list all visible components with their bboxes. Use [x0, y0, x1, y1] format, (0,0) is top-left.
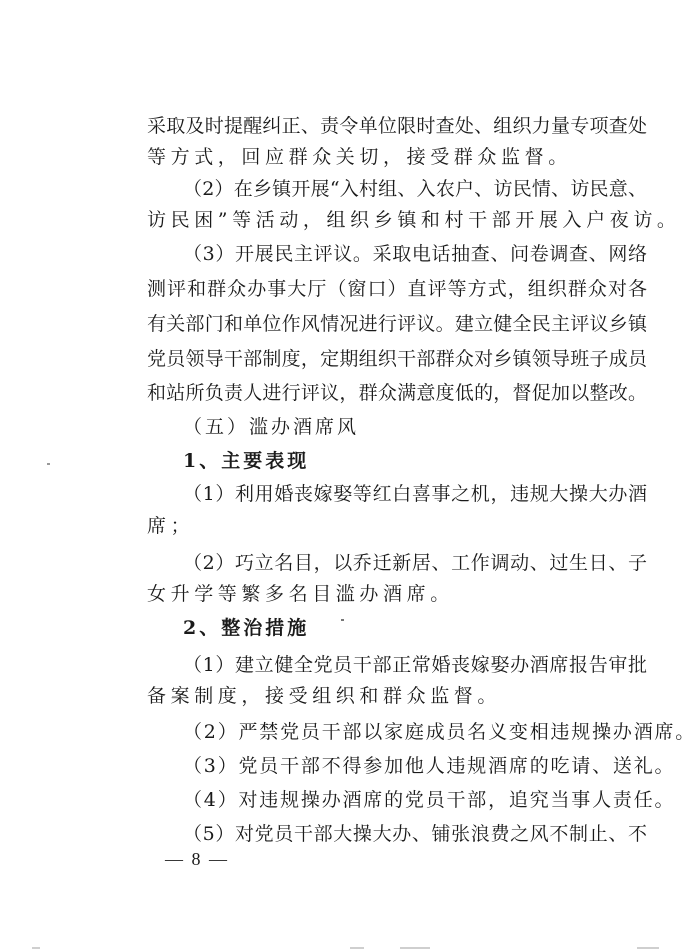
paragraph-line: （4）对违规操办酒席的党员干部，追究当事人责任。: [183, 785, 647, 815]
paragraph-line: 有关部门和单位作风情况进行评议。建立健全民主评议乡镇: [147, 309, 647, 339]
paragraph-line: 党员领导干部制度，定期组织干部群众对乡镇领导班子成员: [147, 344, 647, 374]
scan-artifact: [400, 947, 430, 949]
paragraph-line: （1）利用婚丧嫁娶等红白喜事之机，违规大操大办酒: [183, 479, 647, 509]
scan-speck: [47, 463, 50, 465]
paragraph-line: 测评和群众办事大厅（窗口）直评等方式，组织群众对各: [147, 274, 647, 304]
scan-artifact: [350, 947, 364, 949]
paragraph-line: （1）建立健全党员干部正常婚丧嫁娶办酒席报告审批: [183, 650, 647, 680]
page-number: — 8 —: [165, 846, 229, 872]
subsection-heading: 1、主要表现: [183, 446, 647, 476]
paragraph-line: 访民困”等活动，组织乡镇和村干部开展入户夜访。: [147, 205, 647, 235]
paragraph-line: 备案制度，接受组织和群众监督。: [147, 681, 647, 711]
paragraph-line: 席；: [147, 511, 647, 541]
subsection-heading: 2、整治措施: [183, 613, 647, 643]
scan-speck: [341, 619, 344, 621]
paragraph-line: （2）巧立名目，以乔迁新居、工作调动、过生日、子: [183, 548, 647, 578]
scan-artifact: [32, 947, 40, 949]
scan-artifact: [637, 947, 659, 949]
paragraph-line: （2）严禁党员干部以家庭成员名义变相违规操办酒席。: [183, 717, 647, 747]
paragraph-line: 采取及时提醒纠正、责令单位限时查处、组织力量专项查处: [147, 111, 647, 141]
paragraph-line: （3）党员干部不得参加他人违规酒席的吃请、送礼。: [183, 751, 647, 781]
section-heading: （五）滥办酒席风: [183, 412, 647, 442]
paragraph-line: 和站所负责人进行评议，群众满意度低的，督促加以整改。: [147, 378, 647, 408]
paragraph-line: （2）在乡镇开展“入村组、入农户、访民情、访民意、: [183, 174, 647, 204]
paragraph-line: 等方式，回应群众关切，接受群众监督。: [147, 142, 647, 172]
paragraph-line: 女升学等繁多名目滥办酒席。: [147, 579, 647, 609]
paragraph-line: （3）开展民主评议。采取电话抽查、问卷调查、网络: [183, 239, 647, 269]
paragraph-line: （5）对党员干部大操大办、铺张浪费之风不制止、不: [183, 819, 647, 849]
document-page: 采取及时提醒纠正、责令单位限时查处、组织力量专项查处 等方式，回应群众关切，接受…: [0, 0, 693, 952]
